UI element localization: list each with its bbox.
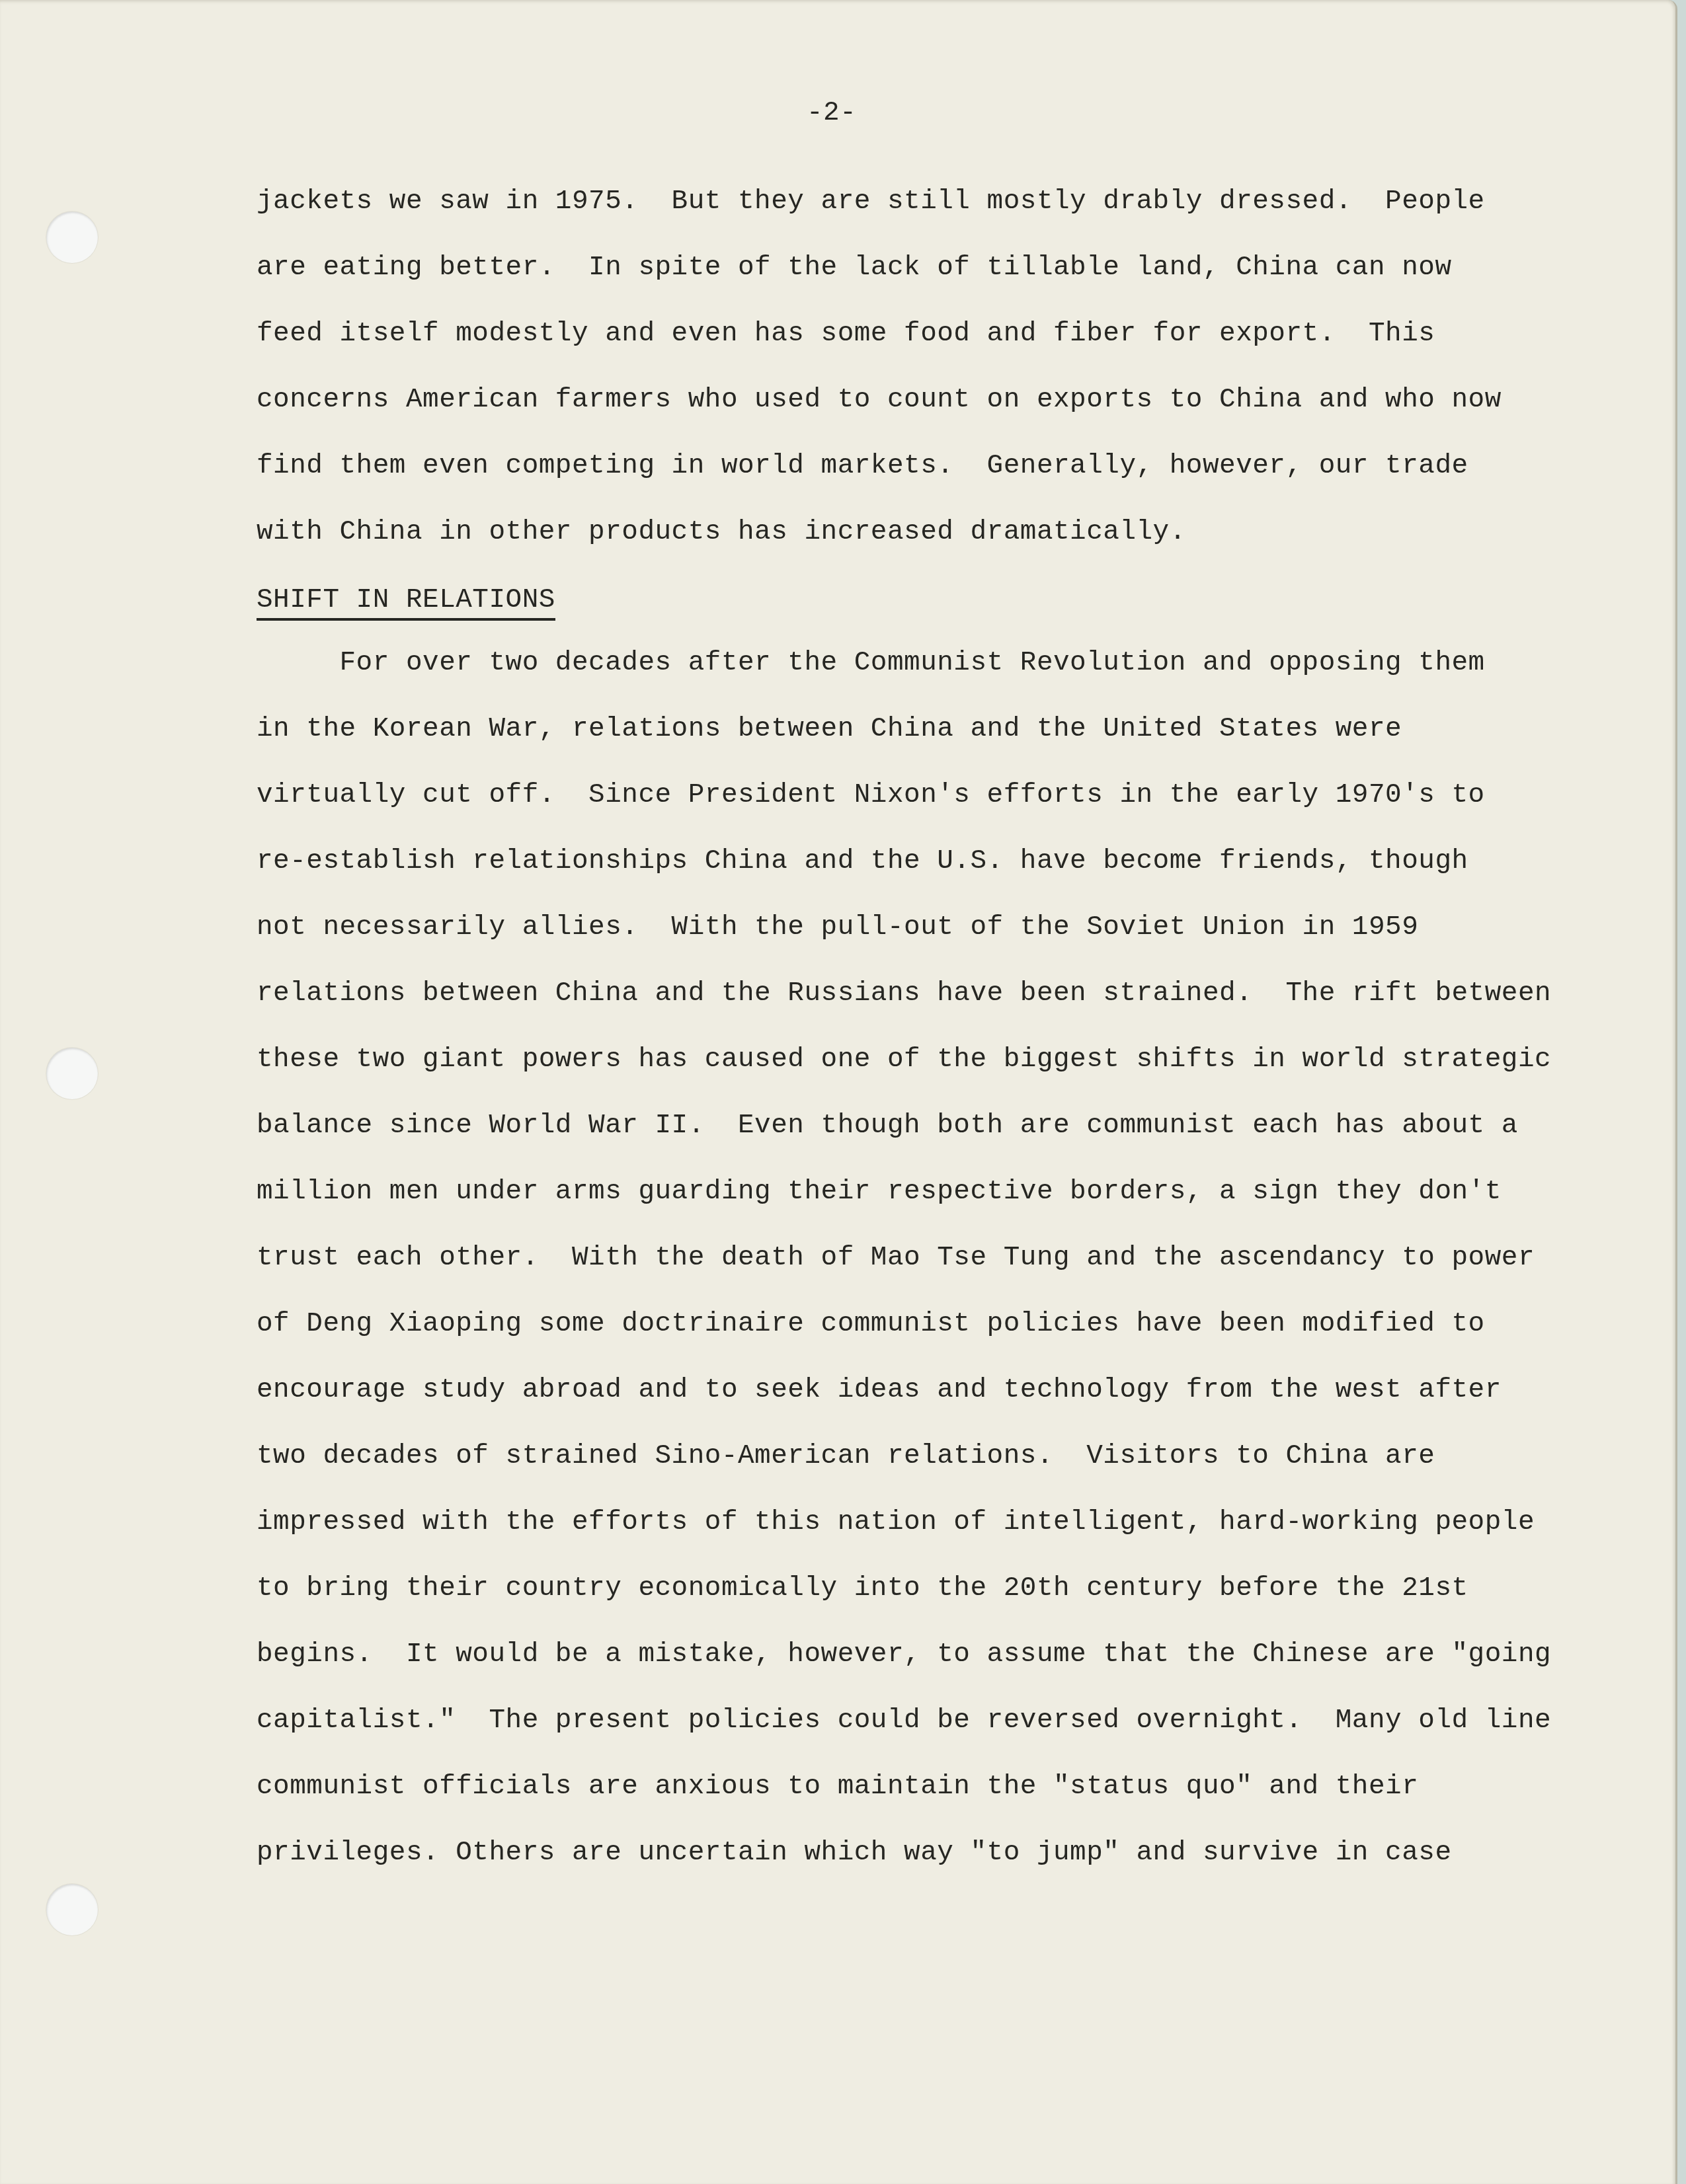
binder-hole-middle <box>46 1048 98 1099</box>
text-line: feed itself modestly and even has some f… <box>257 319 1435 349</box>
text-line: balance since World War II. Even though … <box>257 1111 1518 1141</box>
text-line: capitalist." The present policies could … <box>257 1705 1551 1736</box>
text-line: encourage study abroad and to seek ideas… <box>257 1375 1502 1405</box>
text-line: are eating better. In spite of the lack … <box>257 253 1452 283</box>
text-line: jackets we saw in 1975. But they are sti… <box>257 186 1485 217</box>
text-line: million men under arms guarding their re… <box>257 1177 1502 1207</box>
text-line: communist officials are anxious to maint… <box>257 1772 1418 1802</box>
text-line: to bring their country economically into… <box>257 1573 1468 1604</box>
section-heading: SHIFT IN RELATIONS <box>257 585 555 621</box>
text-line: impressed with the efforts of this natio… <box>257 1507 1535 1538</box>
text-line: relations between China and the Russians… <box>257 978 1551 1009</box>
text-line: of Deng Xiaoping some doctrinaire commun… <box>257 1309 1485 1339</box>
text-line: two decades of strained Sino-American re… <box>257 1441 1435 1471</box>
text-line: re-establish relationships China and the… <box>257 846 1468 877</box>
page-number: -2- <box>807 98 856 128</box>
document-page: -2- jackets we saw in 1975. But they are… <box>0 0 1677 2184</box>
text-line: find them even competing in world market… <box>257 451 1468 481</box>
binder-hole-top <box>46 212 98 263</box>
text-line: privileges. Others are uncertain which w… <box>257 1838 1452 1868</box>
text-line: not necessarily allies. With the pull-ou… <box>257 912 1418 943</box>
text-line: begins. It would be a mistake, however, … <box>257 1639 1551 1670</box>
text-line: virtually cut off. Since President Nixon… <box>257 780 1485 810</box>
text-line: these two giant powers has caused one of… <box>257 1044 1551 1075</box>
text-line: with China in other products has increas… <box>257 517 1186 547</box>
text-line: in the Korean War, relations between Chi… <box>257 714 1402 744</box>
text-line: trust each other. With the death of Mao … <box>257 1243 1535 1273</box>
binder-hole-bottom <box>46 1884 98 1935</box>
text-line: For over two decades after the Communist… <box>257 648 1485 678</box>
text-line: concerns American farmers who used to co… <box>257 385 1502 415</box>
